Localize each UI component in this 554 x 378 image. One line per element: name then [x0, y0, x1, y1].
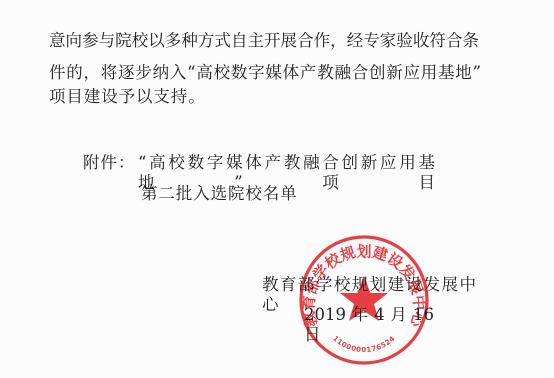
body-text-line: 件的，将逐步纳入“高校数字媒体产教融合创新应用基地” — [49, 63, 481, 83]
document-page: 意向参与院校以多种方式自主开展合作，经专家验收符合条 件的，将逐步纳入“高校数字… — [0, 0, 554, 378]
signing-date: 2019 年 4 月 16 日 — [304, 305, 434, 345]
body-text-line: 意向参与院校以多种方式自主开展合作，经专家验收符合条 — [49, 31, 479, 51]
attachment-title-line: 第二批入选院校名单 — [141, 184, 298, 204]
attachment-label: 附件： — [83, 153, 136, 173]
body-text-line: 项目建设予以支持。 — [49, 87, 206, 107]
